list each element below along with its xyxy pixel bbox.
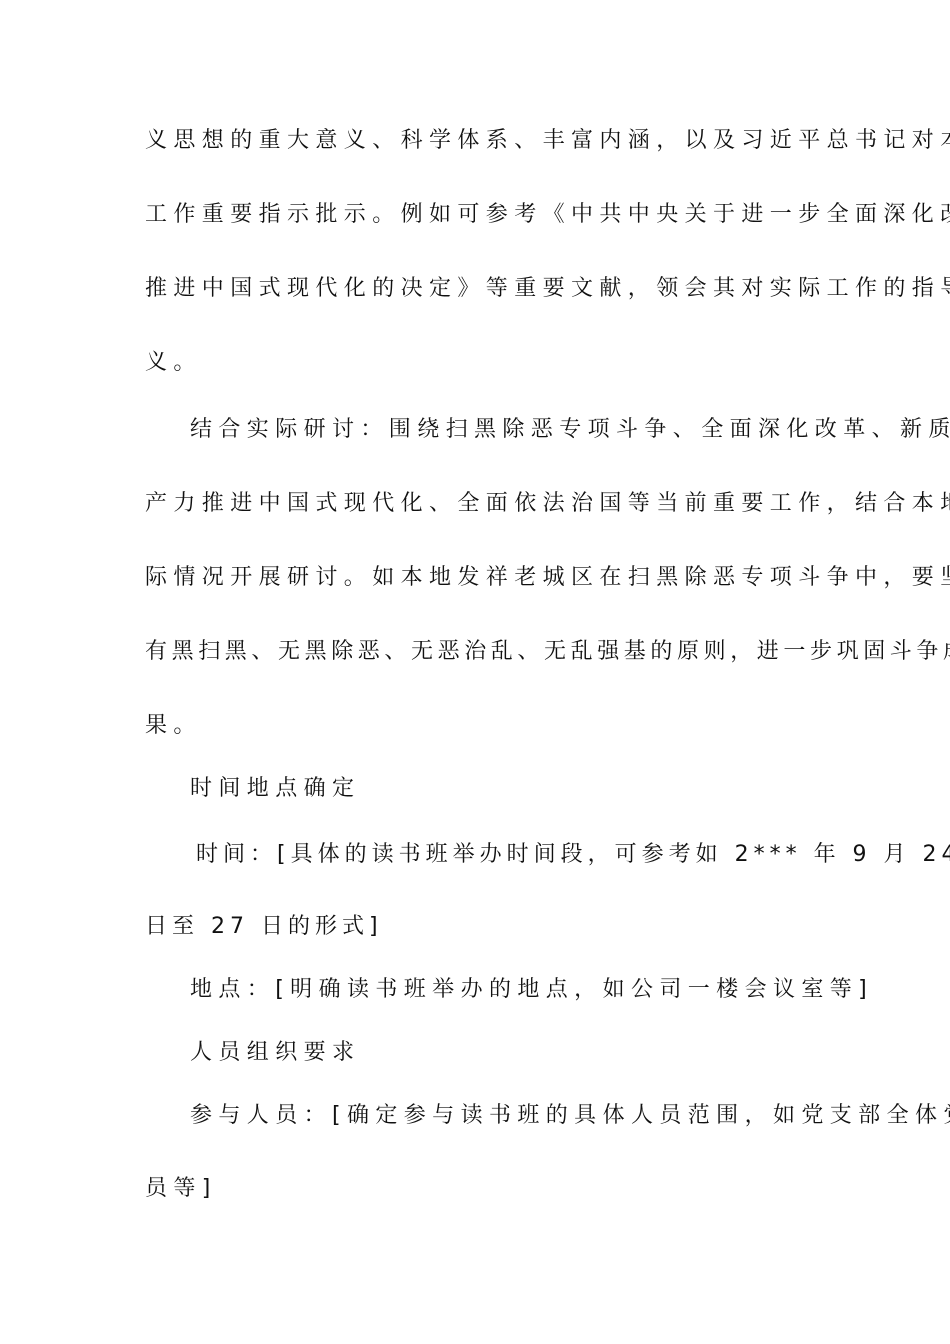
paragraph-line: 际情况开展研讨。如本地发祥老城区在扫黑除恶专项斗争中，要坚持	[145, 563, 950, 593]
location-line: 地点：[明确读书班举办的地点，如公司一楼会议室等]	[190, 975, 873, 1005]
paragraph-line: 产力推进中国式现代化、全面依法治国等当前重要工作，结合本地实	[145, 489, 950, 519]
section-heading-time-location: 时间地点确定	[190, 774, 360, 804]
time-line: 时间：[具体的读书班举办时间段，可参考如 2*** 年 9 月 24	[196, 840, 950, 870]
paragraph-line: 推进中国式现代化的决定》等重要文献，领会其对实际工作的指导意	[145, 274, 950, 304]
document-page: 义思想的重大意义、科学体系、丰富内涵，以及习近平总书记对本地 工作重要指示批示。…	[0, 0, 950, 1344]
paragraph-line: 工作重要指示批示。例如可参考《中共中央关于进一步全面深化改革、	[145, 200, 950, 230]
paragraph-line: 有黑扫黑、无黑除恶、无恶治乱、无乱强基的原则，进一步巩固斗争成	[145, 637, 950, 667]
paragraph-line: 义思想的重大意义、科学体系、丰富内涵，以及习近平总书记对本地	[145, 126, 950, 156]
time-line-continued: 日至 27 日的形式]	[145, 912, 383, 942]
paragraph-line: 果。	[145, 711, 202, 741]
participants-line: 参与人员：[确定参与读书班的具体人员范围，如党支部全体党	[190, 1101, 950, 1131]
section-heading-personnel: 人员组织要求	[190, 1038, 360, 1068]
paragraph-line: 义。	[145, 348, 202, 378]
paragraph-line: 结合实际研讨：围绕扫黑除恶专项斗争、全面深化改革、新质生	[190, 415, 950, 445]
participants-line-continued: 员等]	[145, 1174, 217, 1204]
